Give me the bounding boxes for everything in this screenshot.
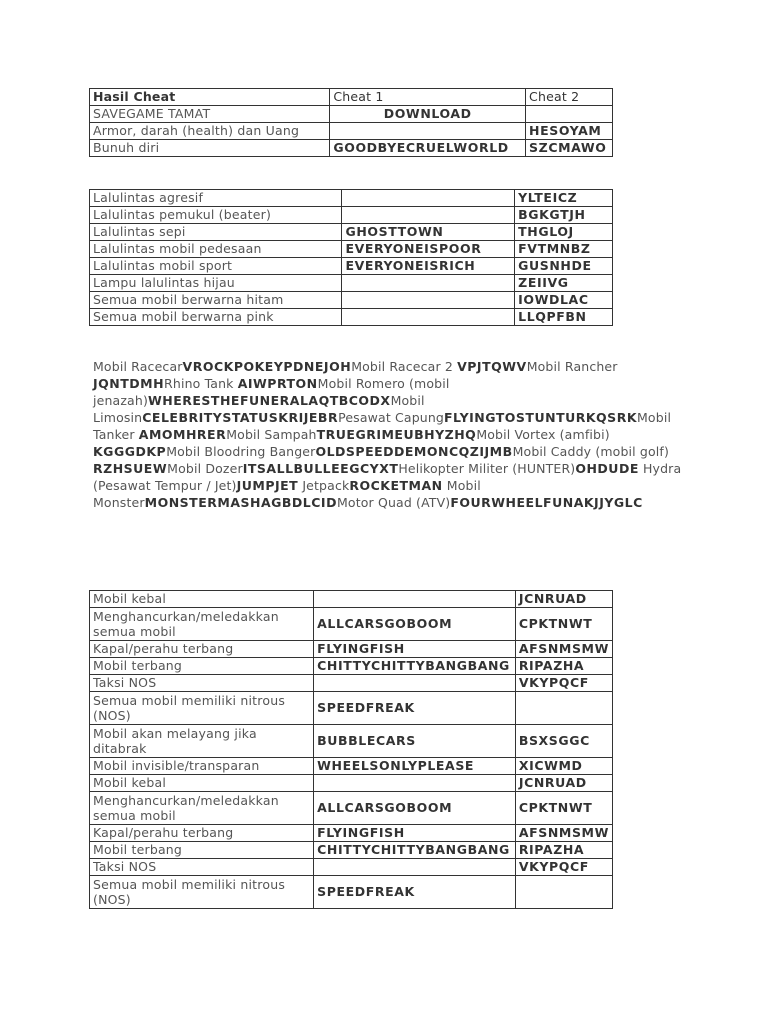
- vehicle-cheat-code: ROCKETMAN: [349, 478, 442, 493]
- table-row: Menghancurkan/meledakkan semua mobilALLC…: [90, 792, 613, 825]
- cheat-label: Lalulintas pemukul (beater): [90, 207, 342, 224]
- vehicle-name: Pesawat Capung: [338, 410, 444, 425]
- vehicle-cheat-code: JQNTDMH: [93, 376, 164, 391]
- cheat-label: Mobil kebal: [90, 591, 314, 608]
- cheat-code-2: LLQPFBN: [515, 309, 613, 326]
- table-row: Menghancurkan/meledakkan semua mobilALLC…: [90, 608, 613, 641]
- vehicle-name: Mobil Rancher: [527, 359, 618, 374]
- cheat-label: Semua mobil berwarna hitam: [90, 292, 342, 309]
- cheat-code-2: FVTMNBZ: [515, 241, 613, 258]
- vehicle-name: Mobil Racecar: [93, 359, 183, 374]
- cheat-code-2: BGKGTJH: [515, 207, 613, 224]
- cheat-label: Taksi NOS: [90, 859, 314, 876]
- vehicle-cheat-code: VROCKPOKEYPDNEJOH: [183, 359, 352, 374]
- cheat-label: Mobil terbang: [90, 842, 314, 859]
- cheat-code-2: ZEIIVG: [515, 275, 613, 292]
- vehicle-cheat-code: WHERESTHEFUNERALAQTBCODX: [148, 393, 391, 408]
- cheat-code-1: WHEELSONLYPLEASE: [314, 758, 516, 775]
- vehicle-cheat-code: TRUEGRIMEUBHYZHQ: [317, 427, 477, 442]
- cheat-code-2: CPKTNWT: [515, 608, 612, 641]
- cheat-code-2: JCNRUAD: [515, 591, 612, 608]
- cheat-label: Bunuh diri: [90, 140, 330, 157]
- cheat-table-traffic: Lalulintas agresifYLTEICZLalulintas pemu…: [89, 189, 613, 326]
- table-row: Armor, darah (health) dan Uang HESOYAM: [90, 123, 613, 140]
- cheat-code-1: [314, 859, 516, 876]
- cheat-label: Lalulintas sepi: [90, 224, 342, 241]
- cheat-code-2: JCNRUAD: [515, 775, 612, 792]
- table-row: SAVEGAME TAMAT DOWNLOAD: [90, 106, 613, 123]
- table-row: Bunuh diri GOODBYECRUELWORLD SZCMAWO: [90, 140, 613, 157]
- vehicle-cheat-code: AIWPRTON: [238, 376, 318, 391]
- cheat-code-2: THGLOJ: [515, 224, 613, 241]
- cheat-code-2: AFSNMSMW: [515, 825, 612, 842]
- cheat-code-2: RIPAZHA: [515, 842, 612, 859]
- cheat-label: Semua mobil memiliki nitrous (NOS): [90, 876, 314, 909]
- vehicle-cheat-code: FLYINGTOSTUNTURKQSRK: [444, 410, 637, 425]
- cheat-label: Semua mobil berwarna pink: [90, 309, 342, 326]
- vehicle-name: Jetpack: [298, 478, 349, 493]
- cheat-label: Mobil invisible/transparan: [90, 758, 314, 775]
- table-row: Kapal/perahu terbangFLYINGFISHAFSNMSMW: [90, 825, 613, 842]
- vehicle-cheat-code: KGGGDKP: [93, 444, 166, 459]
- cheat-label: Lampu lalulintas hijau: [90, 275, 342, 292]
- cheat-code-1: ALLCARSGOBOOM: [314, 608, 516, 641]
- table-row: Semua mobil memiliki nitrous (NOS)SPEEDF…: [90, 876, 613, 909]
- vehicle-cheat-code: OHDUDE: [575, 461, 639, 476]
- table-header-row: Hasil Cheat Cheat 1 Cheat 2: [90, 89, 613, 106]
- cheat-code-1: SPEEDFREAK: [314, 876, 516, 909]
- vehicle-cheat-code: RZHSUEW: [93, 461, 167, 476]
- table-row: Mobil terbangCHITTYCHITTYBANGBANGRIPAZHA: [90, 842, 613, 859]
- vehicle-cheat-code: AMOMHRER: [139, 427, 226, 442]
- cheat-label: Taksi NOS: [90, 675, 314, 692]
- cheat-code-2: VKYPQCF: [515, 859, 612, 876]
- vehicle-cheat-code: CELEBRITYSTATUSKRIJEBR: [142, 410, 338, 425]
- table-row: Lalulintas pemukul (beater)BGKGTJH: [90, 207, 613, 224]
- cheat-code-1: DOWNLOAD: [330, 106, 526, 123]
- cheat-label: Mobil kebal: [90, 775, 314, 792]
- table-row: Semua mobil berwarna pinkLLQPFBN: [90, 309, 613, 326]
- vehicle-name: Mobil Caddy (mobil golf): [513, 444, 669, 459]
- vehicle-cheat-code: VPJTQWV: [457, 359, 527, 374]
- cheat-code-1: [342, 275, 515, 292]
- table-row: Kapal/perahu terbangFLYINGFISHAFSNMSMW: [90, 641, 613, 658]
- cheat-code-1: [314, 775, 516, 792]
- cheat-code-1: [314, 675, 516, 692]
- table-row: Lampu lalulintas hijauZEIIVG: [90, 275, 613, 292]
- table-row: Taksi NOSVKYPQCF: [90, 675, 613, 692]
- table-row: Semua mobil memiliki nitrous (NOS)SPEEDF…: [90, 692, 613, 725]
- cheat-code-1: EVERYONEISRICH: [342, 258, 515, 275]
- cheat-code-1: GOODBYECRUELWORLD: [330, 140, 526, 157]
- header-cheat-1: Cheat 1: [330, 89, 526, 106]
- cheat-label: Mobil terbang: [90, 658, 314, 675]
- cheat-label: Menghancurkan/meledakkan semua mobil: [90, 608, 314, 641]
- vehicle-cheat-code: ITSALLBULLEEGCYXT: [243, 461, 399, 476]
- cheat-label: Kapal/perahu terbang: [90, 641, 314, 658]
- table-row: Mobil kebalJCNRUAD: [90, 591, 613, 608]
- vehicle-cheat-code: FOURWHEELFUNAKJJYGLC: [450, 495, 643, 510]
- vehicle-cheat-code: OLDSPEEDDEMONCQZIJMB: [315, 444, 512, 459]
- cheat-code-1: [342, 292, 515, 309]
- cheat-table-general: Hasil Cheat Cheat 1 Cheat 2 SAVEGAME TAM…: [89, 88, 613, 157]
- cheat-table-vehicle-effects: Mobil kebalJCNRUADMenghancurkan/meledakk…: [89, 590, 613, 909]
- header-hasil-cheat: Hasil Cheat: [90, 89, 330, 106]
- cheat-code-2: CPKTNWT: [515, 792, 612, 825]
- cheat-label: Menghancurkan/meledakkan semua mobil: [90, 792, 314, 825]
- cheat-code-1: CHITTYCHITTYBANGBANG: [314, 658, 516, 675]
- cheat-label: SAVEGAME TAMAT: [90, 106, 330, 123]
- table-row: Lalulintas mobil pedesaanEVERYONEISPOORF…: [90, 241, 613, 258]
- table-row: Mobil akan melayang jika ditabrakBUBBLEC…: [90, 725, 613, 758]
- cheat-label: Armor, darah (health) dan Uang: [90, 123, 330, 140]
- table-row: Mobil invisible/transparanWHEELSONLYPLEA…: [90, 758, 613, 775]
- table-row: Semua mobil berwarna hitamIOWDLAC: [90, 292, 613, 309]
- header-cheat-2: Cheat 2: [526, 89, 613, 106]
- cheat-code-2: [515, 692, 612, 725]
- cheat-code-1: EVERYONEISPOOR: [342, 241, 515, 258]
- cheat-code-1: [342, 207, 515, 224]
- cheat-code-2: [526, 106, 613, 123]
- cheat-label: Lalulintas agresif: [90, 190, 342, 207]
- cheat-label: Kapal/perahu terbang: [90, 825, 314, 842]
- cheat-code-2: SZCMAWO: [526, 140, 613, 157]
- cheat-code-2: RIPAZHA: [515, 658, 612, 675]
- cheat-code-2: YLTEICZ: [515, 190, 613, 207]
- vehicle-name: Rhino Tank: [164, 376, 238, 391]
- cheat-code-1: [342, 309, 515, 326]
- vehicle-name: Mobil Racecar 2: [351, 359, 457, 374]
- cheat-code-2: VKYPQCF: [515, 675, 612, 692]
- table-row: Taksi NOSVKYPQCF: [90, 859, 613, 876]
- vehicle-name: Mobil Dozer: [167, 461, 243, 476]
- cheat-code-2: IOWDLAC: [515, 292, 613, 309]
- cheat-code-1: BUBBLECARS: [314, 725, 516, 758]
- vehicle-name: Mobil Bloodring Banger: [166, 444, 315, 459]
- cheat-code-1: FLYINGFISH: [314, 825, 516, 842]
- cheat-code-1: ALLCARSGOBOOM: [314, 792, 516, 825]
- cheat-code-1: GHOSTTOWN: [342, 224, 515, 241]
- cheat-code-2: AFSNMSMW: [515, 641, 612, 658]
- cheat-code-2: [515, 876, 612, 909]
- cheat-code-1: FLYINGFISH: [314, 641, 516, 658]
- cheat-code-1: SPEEDFREAK: [314, 692, 516, 725]
- vehicle-name: Motor Quad (ATV): [337, 495, 450, 510]
- table-row: Mobil kebalJCNRUAD: [90, 775, 613, 792]
- cheat-code-2: BSXSGGC: [515, 725, 612, 758]
- cheat-code-2: HESOYAM: [526, 123, 613, 140]
- cheat-label: Semua mobil memiliki nitrous (NOS): [90, 692, 314, 725]
- vehicle-name: Helikopter Militer (HUNTER): [398, 461, 575, 476]
- vehicle-cheat-code: MONSTERMASHAGBDLCID: [145, 495, 337, 510]
- table-row: Lalulintas agresifYLTEICZ: [90, 190, 613, 207]
- cheat-code-1: [330, 123, 526, 140]
- table-row: Mobil terbangCHITTYCHITTYBANGBANGRIPAZHA: [90, 658, 613, 675]
- vehicle-cheats-paragraph: Mobil RacecarVROCKPOKEYPDNEJOHMobil Race…: [93, 358, 693, 511]
- cheat-code-1: [342, 190, 515, 207]
- vehicle-cheat-code: JUMPJET: [237, 478, 299, 493]
- cheat-code-2: GUSNHDE: [515, 258, 613, 275]
- table-row: Lalulintas mobil sportEVERYONEISRICHGUSN…: [90, 258, 613, 275]
- cheat-label: Lalulintas mobil pedesaan: [90, 241, 342, 258]
- table-row: Lalulintas sepiGHOSTTOWNTHGLOJ: [90, 224, 613, 241]
- cheat-label: Lalulintas mobil sport: [90, 258, 342, 275]
- cheat-code-2: XICWMD: [515, 758, 612, 775]
- cheat-label: Mobil akan melayang jika ditabrak: [90, 725, 314, 758]
- cheat-code-1: [314, 591, 516, 608]
- vehicle-name: Mobil Sampah: [226, 427, 316, 442]
- vehicle-name: Mobil Vortex (amfibi): [476, 427, 609, 442]
- cheat-code-1: CHITTYCHITTYBANGBANG: [314, 842, 516, 859]
